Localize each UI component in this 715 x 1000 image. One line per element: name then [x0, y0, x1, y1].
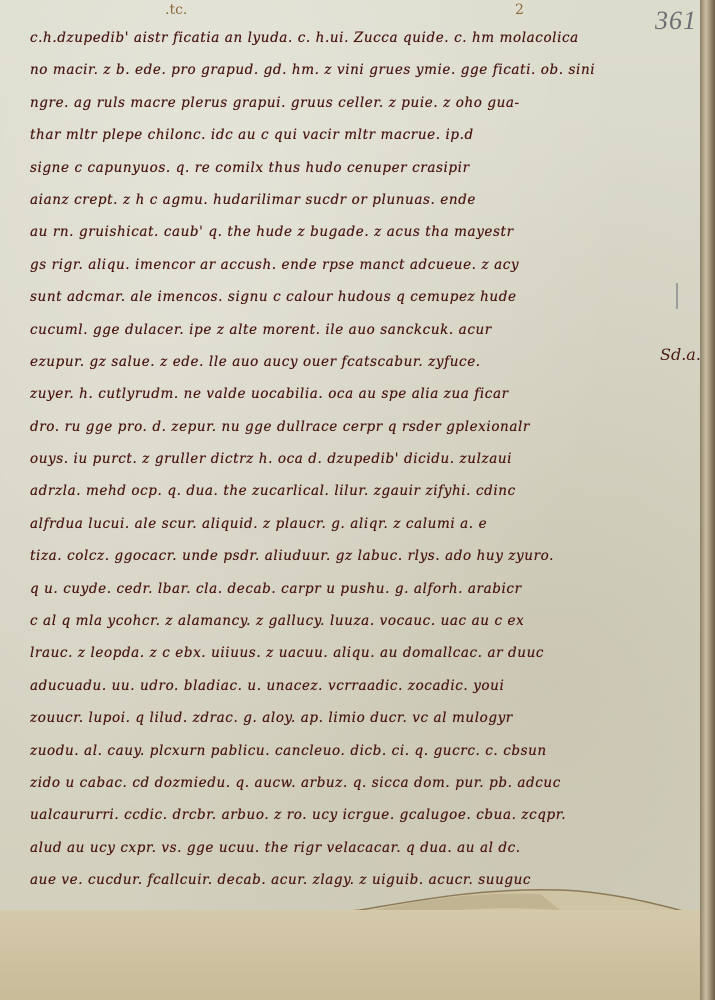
text-line: dro. ru gge pro. d. zepur. nu gge dullra…: [30, 411, 670, 443]
text-line: ezupur. gz salue. z ede. lle auo aucy ou…: [30, 346, 670, 378]
text-line: aducuadu. uu. udro. bladiac. u. unacez. …: [30, 670, 670, 702]
text-line: tiza. colcz. ggocacr. unde psdr. aliuduu…: [30, 540, 670, 572]
text-line: thar mltr plepe chilonc. idc au c qui va…: [30, 119, 670, 151]
text-line: alud au ucy cxpr. vs. gge ucuu. the rigr…: [30, 832, 670, 864]
text-line: zuodu. al. cauy. plcxurn pablicu. cancle…: [30, 735, 670, 767]
text-line: zido u cabac. cd dozmiedu. q. aucw. arbu…: [30, 767, 670, 799]
text-line: zouucr. lupoi. q lilud. zdrac. g. aloy. …: [30, 702, 670, 734]
text-line: aue ve. cucdur. fcallcuir. decab. acur. …: [30, 864, 670, 896]
underlying-leaves: [0, 910, 715, 1000]
manuscript-text-block: c.h.dzupedib' aistr ficatia an lyuda. c.…: [30, 8, 670, 897]
text-line: lrauc. z leopda. z c ebx. uiiuus. z uacu…: [30, 637, 670, 669]
text-line: ualcaururri. ccdic. drcbr. arbuo. z ro. …: [30, 799, 670, 831]
text-line: aianz crept. z h c agmu. hudarilimar suc…: [30, 184, 670, 216]
text-line: no macir. z b. ede. pro grapud. gd. hm. …: [30, 54, 670, 86]
text-line: signe c capunyuos. q. re comilx thus hud…: [30, 152, 670, 184]
text-line: adrzla. mehd ocp. q. dua. the zucarlical…: [30, 475, 670, 507]
pencil-mark: [676, 283, 678, 309]
text-line: c.h.dzupedib' aistr ficatia an lyuda. c.…: [30, 22, 670, 54]
text-line: sunt adcmar. ale imencos. signu c calour…: [30, 281, 670, 313]
text-line: c al q mla ycohcr. z alamancy. z gallucy…: [30, 605, 670, 637]
text-line: zuyer. h. cutlyrudm. ne valde uocabilia.…: [30, 378, 670, 410]
text-line: ngre. ag ruls macre plerus grapui. gruus…: [30, 87, 670, 119]
book-edge: [700, 0, 715, 1000]
text-line: cucuml. gge dulacer. ipe z alte morent. …: [30, 314, 670, 346]
text-line: ouys. iu purct. z gruller dictrz h. oca …: [30, 443, 670, 475]
text-line: q u. cuyde. cedr. lbar. cla. decab. carp…: [30, 573, 670, 605]
text-line: alfrdua lucui. ale scur. aliquid. z plau…: [30, 508, 670, 540]
text-line: au rn. gruishicat. caub' q. the hude z b…: [30, 216, 670, 248]
text-line: gs rigr. aliqu. imencor ar accush. ende …: [30, 249, 670, 281]
